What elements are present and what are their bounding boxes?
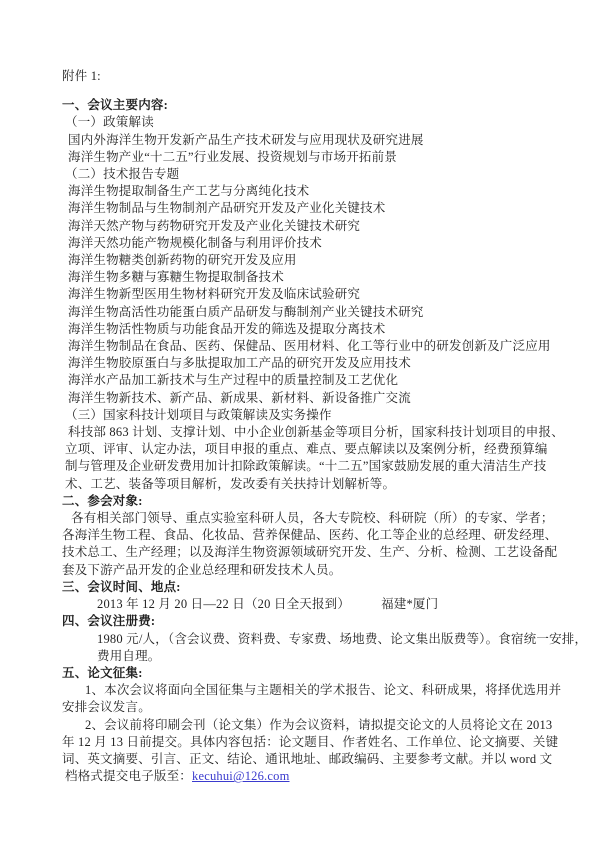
body-line: 2、会议前将印刷会刊（论文集）作为会议资料，请拟提交论文的人员将论文在 2013	[62, 717, 544, 734]
section-heading-1: 一、会议主要内容:	[62, 97, 544, 114]
topic-item: 海洋生物新技术、新产品、新成果、新材料、新设备推广交流	[62, 390, 544, 407]
topic-item: 海洋生物制品在食品、医药、保健品、医用材料、化工等行业中的研发创新及广泛应用	[62, 338, 544, 355]
body-line: 套及下游产品开发的企业总经理和研发技术人员。	[62, 562, 544, 579]
topic-item: 海洋生物糖类创新药物的研究开发及应用	[62, 252, 544, 269]
subsection-heading-1-1: （一）政策解读	[62, 114, 544, 131]
topic-item: 海洋生物多糖与寡糖生物提取制备技术	[62, 269, 544, 286]
location-text: 福建*厦门	[381, 597, 438, 611]
topic-item: 海洋生物制品与生物制剂产品研究开发及产业化关键技术	[62, 200, 544, 217]
body-line: 词、英文摘要、引言、正文、结论、通讯地址、邮政编码、主要参考文献。并以 word…	[62, 751, 544, 768]
body-line: 术、工艺、装备等项目解析，发改委有关扶持计划解析等。	[62, 476, 544, 493]
body-line: 1、本次会议将面向全国征集与主题相关的学术报告、论文、科研成果，将择优选用并	[62, 682, 544, 699]
section-heading-5: 五、论文征集:	[62, 665, 544, 682]
section-heading-3: 三、会议时间、地点:	[62, 579, 544, 596]
section-heading-4: 四、会议注册费:	[62, 613, 544, 630]
topic-item: 海洋生物产业“十二五”行业发展、投资规划与市场开拓前景	[62, 149, 544, 166]
date-text: 2013 年 12 月 20 日—22 日（20 日全天报到）	[97, 597, 350, 611]
body-line: 立项、评审、认定办法，项目申报的重点、难点、要点解读以及案例分析，经费预算编	[62, 441, 544, 458]
topic-item: 海洋生物新型医用生物材料研究开发及临床试验研究	[62, 286, 544, 303]
submit-prefix: 档格式提交电子版至：	[65, 769, 192, 783]
body-line: 1980 元/人，（含会议费、资料费、专家费、场地费、论文集出版费等）。食宿统一…	[62, 631, 544, 648]
attachment-title: 附件 1:	[62, 68, 544, 85]
body-line: 制与管理及企业研发费用加计扣除政策解读。“十二五”国家鼓励发展的重大清洁生产技	[62, 458, 544, 475]
body-line: 技术总工、生产经理；以及海洋生物资源领域研究开发、生产、分析、检测、工艺设备配	[62, 544, 544, 561]
topic-item: 海洋天然产物与药物研究开发及产业化关键技术研究	[62, 218, 544, 235]
topic-item: 国内外海洋生物开发新产品生产技术研发与应用现状及研究进展	[62, 132, 544, 149]
body-line: 年 12 月 13 日前提交。具体内容包括：论文题目、作者姓名、工作单位、论文摘…	[62, 734, 544, 751]
subsection-heading-1-3: （三）国家科技计划项目与政策解读及实务操作	[62, 407, 544, 424]
submit-line: 档格式提交电子版至：kecuhui@126.com	[62, 768, 544, 785]
document-content: 附件 1: 一、会议主要内容: （一）政策解读 国内外海洋生物开发新产品生产技术…	[0, 0, 600, 785]
subsection-heading-1-2: （二）技术报告专题	[62, 166, 544, 183]
topic-item: 海洋生物活性物质与功能食品开发的筛选及提取分离技术	[62, 321, 544, 338]
body-line: 费用自理。	[62, 648, 544, 665]
body-line: 各有相关部门领导、重点实验室科研人员，各大专院校、科研院（所）的专家、学者；	[62, 510, 544, 527]
date-location-line: 2013 年 12 月 20 日—22 日（20 日全天报到）福建*厦门	[62, 596, 544, 613]
topic-item: 海洋生物高活性功能蛋白质产品研发与酶制剂产业关键技术研究	[62, 304, 544, 321]
topic-item: 海洋生物提取制备生产工艺与分离纯化技术	[62, 183, 544, 200]
topic-item: 海洋水产品加工新技术与生产过程中的质量控制及工艺优化	[62, 372, 544, 389]
topic-item: 海洋天然功能产物规模化制备与利用评价技术	[62, 235, 544, 252]
email-link[interactable]: kecuhui@126.com	[192, 769, 289, 783]
section-heading-2: 二、参会对象:	[62, 493, 544, 510]
body-line: 安排会议发言。	[62, 699, 544, 716]
document-page: 附件 1: 一、会议主要内容: （一）政策解读 国内外海洋生物开发新产品生产技术…	[0, 0, 600, 848]
topic-item: 海洋生物胶原蛋白与多肽提取加工产品的研究开发及应用技术	[62, 355, 544, 372]
body-line: 科技部 863 计划、支撑计划、中小企业创新基金等项目分析，国家科技计划项目的申…	[62, 424, 544, 441]
body-line: 各海洋生物工程、食品、化妆品、营养保健品、医药、化工等企业的总经理、研发经理、	[62, 527, 544, 544]
